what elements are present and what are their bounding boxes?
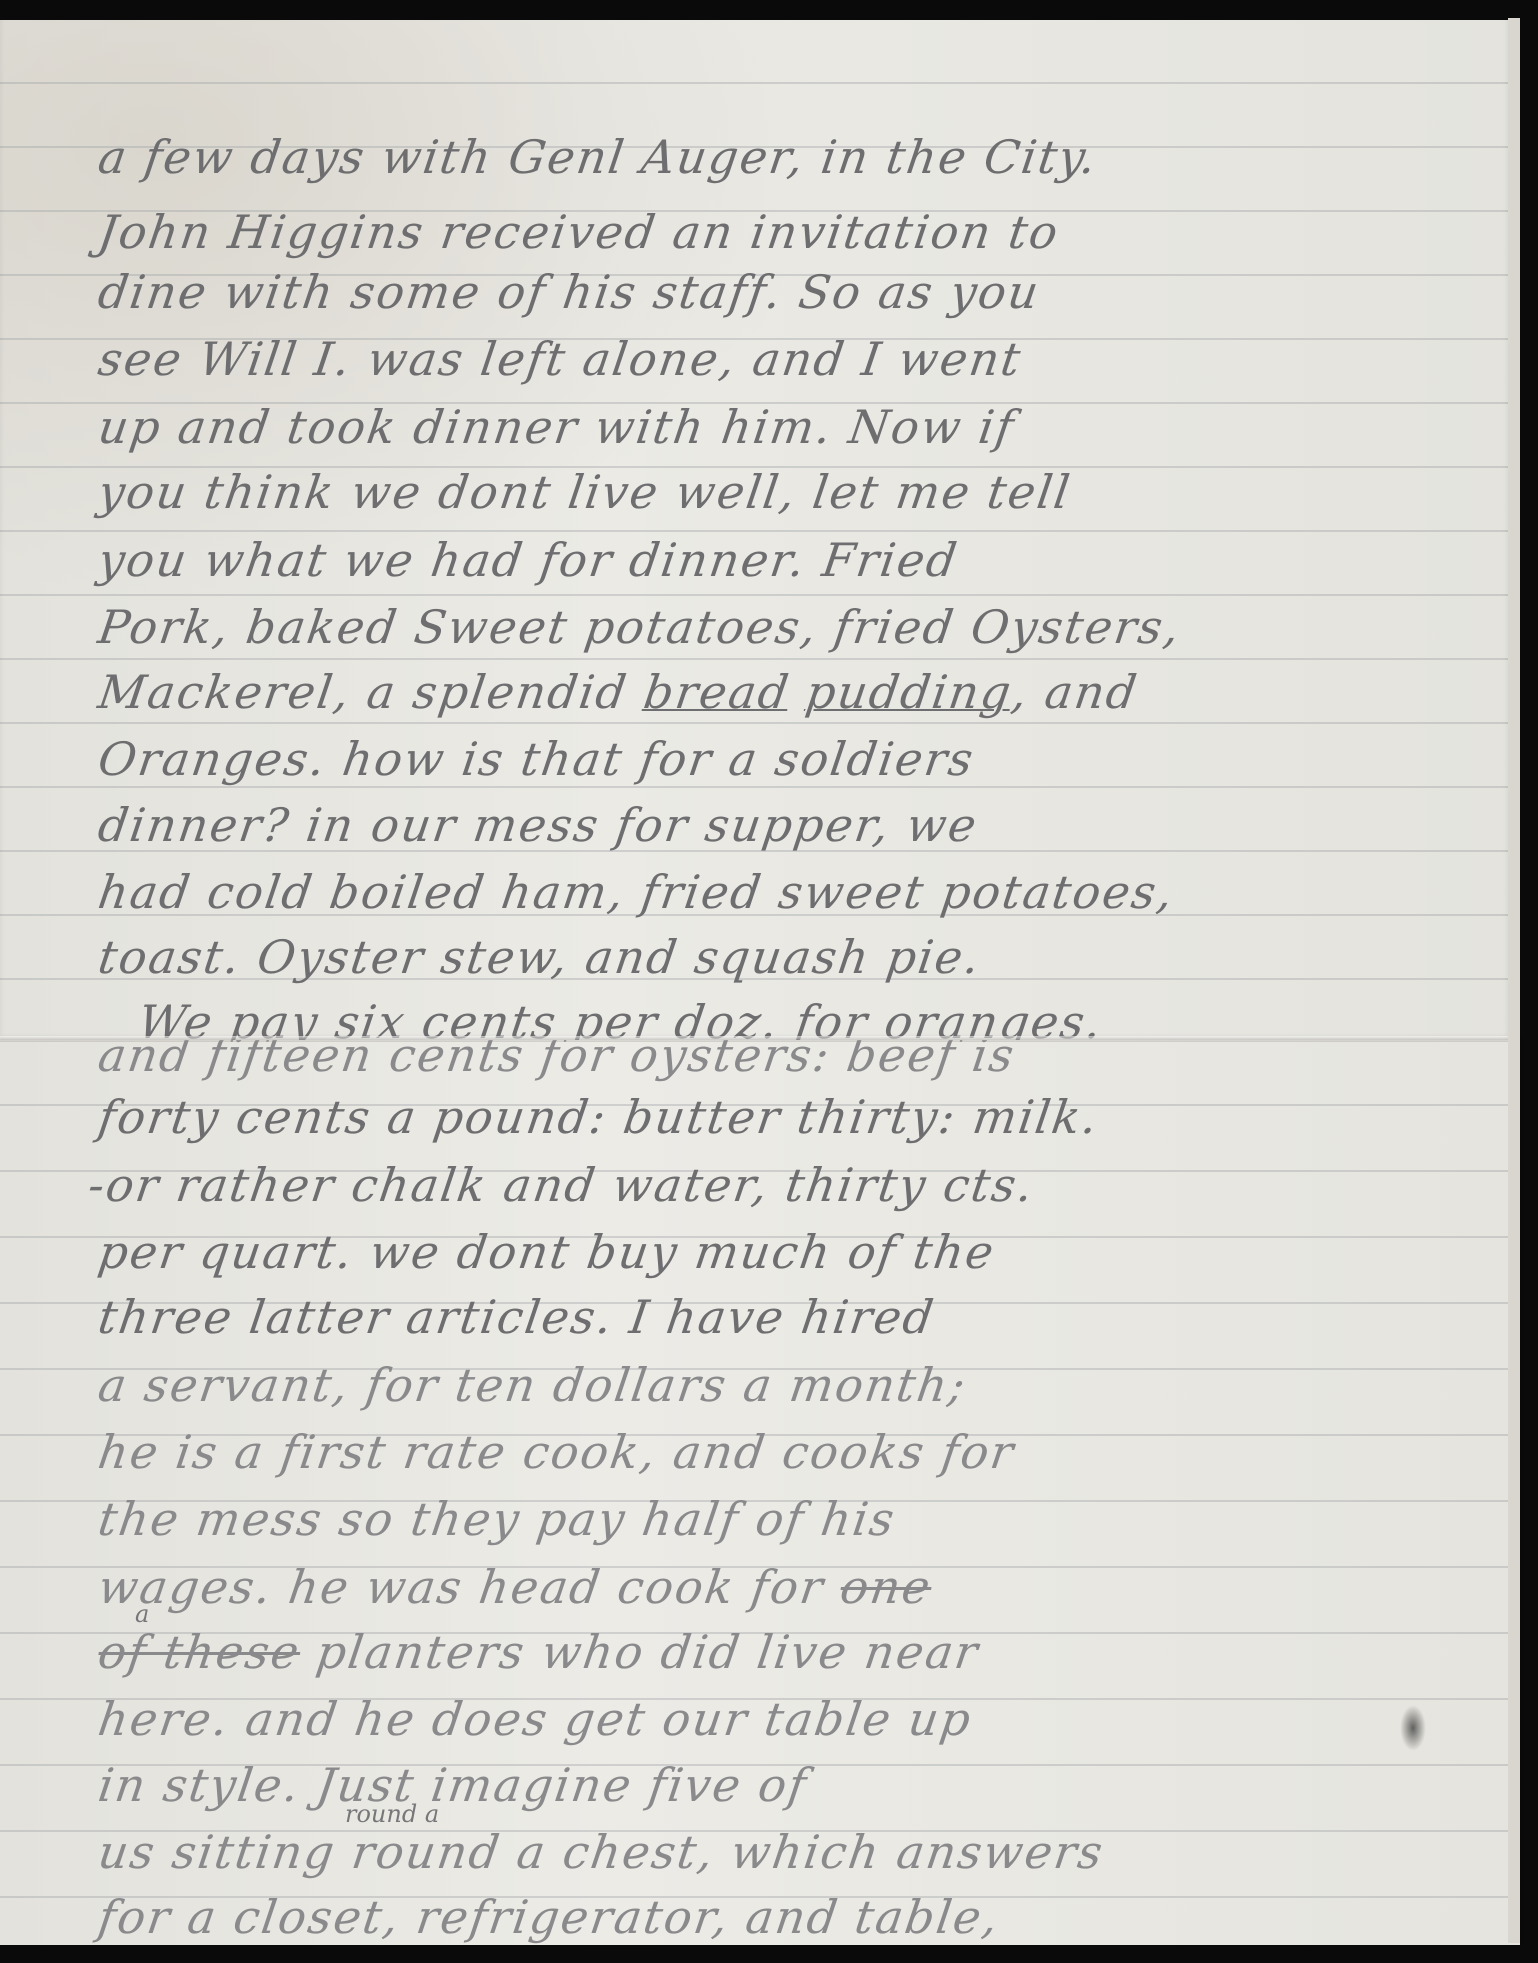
text-line: for a closet, refrigerator, and table, [95,1890,1003,1944]
text-line: here. and he does get our table up [95,1692,976,1746]
text-line: a servant, for ten dollars a month; [95,1358,970,1412]
text-line: had cold boiled ham, fried sweet potatoe… [95,865,1178,919]
underlined-word: bread [640,665,793,719]
text-line: toast. Oyster stew, and squash pie. [95,930,985,984]
struck-word: of these [95,1625,304,1679]
text-line: dine with some of his staff. So as you [95,265,1044,319]
text-line: a few days with Genl Auger, in the City. [95,130,1101,184]
text-fragment: , and [1008,665,1141,719]
text-line: -or rather chalk and water, thirty cts. [85,1158,1038,1212]
text-line: you what we had for dinner. Fried [95,533,962,587]
paper-edge [1508,18,1520,1943]
text-line-with-strike: wages. he was head cook for one [95,1560,935,1614]
text-line-with-underline: Mackerel, a splendid bread pudding, and [95,665,1142,719]
text-line: dinner? in our mess for supper, we [95,798,982,852]
text-fragment: wages. he was head cook for [95,1560,845,1614]
text-fragment: Mackerel, a splendid [95,665,648,719]
text-line: see Will I. was left alone, and I went [95,332,1026,386]
inserted-word: a [135,1600,149,1628]
text-line: he is a first rate cook, and cooks for [95,1425,1019,1479]
text-line: Pork, baked Sweet potatoes, fried Oyster… [95,600,1185,654]
text-line: three latter articles. I have hired [95,1290,939,1344]
underlined-word: pudding [803,665,1016,719]
letter-page-lower-half: and fifteen cents for oysters: beef is f… [0,1040,1520,1945]
text-line: John Higgins received an invitation to [95,205,1063,259]
inserted-words: round a [345,1800,439,1828]
paper-fold-crease [0,1036,1520,1042]
text-line: Oranges. how is that for a soldiers [95,732,978,786]
struck-word: one [837,1560,935,1614]
text-line: you think we dont live well, let me tell [95,465,1075,519]
text-line: us sitting round a chest, which answers [95,1825,1108,1879]
text-line: the mess so they pay half of his [95,1492,899,1546]
ink-smudge [1400,1705,1426,1751]
text-line: in style. Just imagine five of [95,1758,811,1812]
text-line: and fifteen cents for oysters: beef is [95,1040,1019,1082]
text-line: up and took dinner with him. Now if [95,400,1019,454]
text-line: per quart. we dont buy much of the [95,1225,999,1279]
letter-page-upper-half: a few days with Genl Auger, in the City.… [0,20,1508,1050]
text-line: forty cents a pound: butter thirty: milk… [95,1090,1103,1144]
text-fragment: planters who did live near [297,1625,983,1679]
text-line-with-strike: of these planters who did live near [95,1625,983,1679]
